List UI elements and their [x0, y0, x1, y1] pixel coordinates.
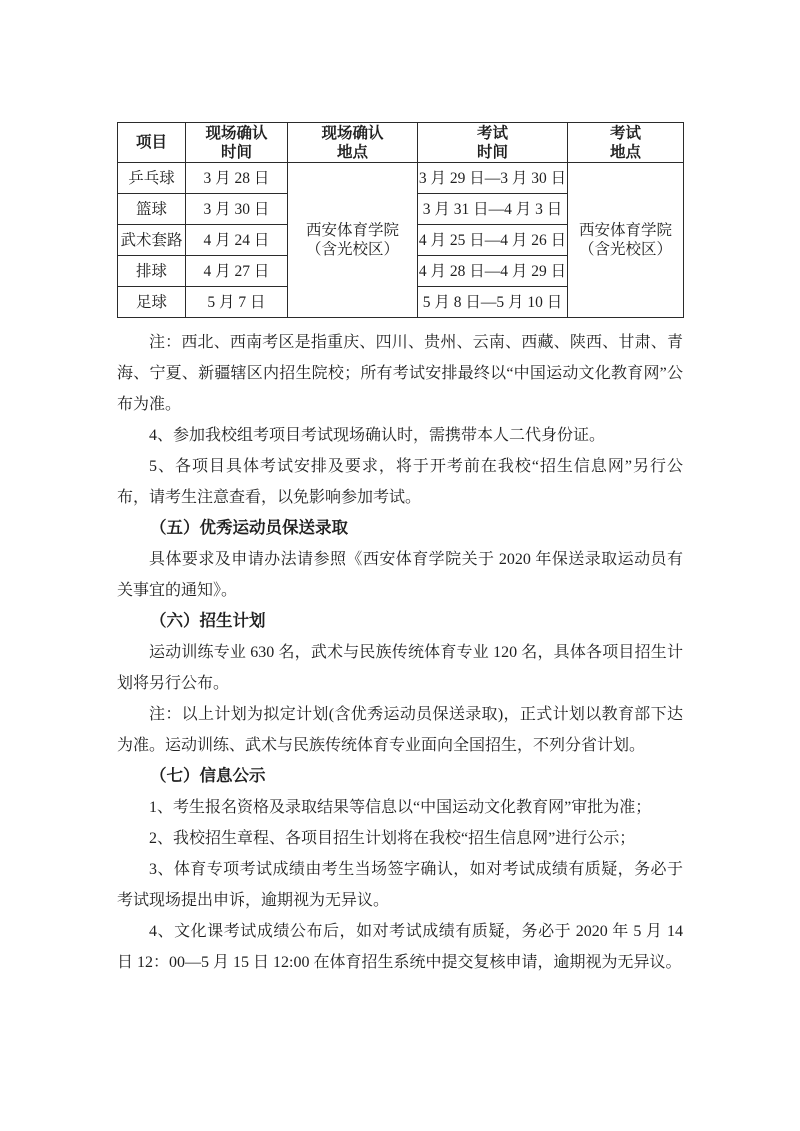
heading-section-5-recommended: （五）优秀运动员保送录取	[117, 513, 683, 544]
paragraph-item-5-arrangements: 5、各项目具体考试安排及要求，将于开考前在我校“招生信息网”另行公布，请考生注意…	[117, 451, 683, 513]
table-row: 乒乓球 3 月 28 日 西安体育学院 （含光校区） 3 月 29 日—3 月 …	[118, 163, 684, 194]
col-header-exam-time: 考试 时间	[418, 123, 568, 163]
exam-schedule-table: 项目 现场确认 时间 现场确认 地点 考试 时间 考试	[117, 122, 684, 318]
cell-exam-location: 西安体育学院 （含光校区）	[568, 163, 684, 318]
cell-exam-time: 3 月 31 日—4 月 3 日	[418, 194, 568, 225]
cell-confirm-time: 3 月 28 日	[186, 163, 288, 194]
paragraph-recommend-notice: 具体要求及申请办法请参照《西安体育学院关于 2020 年保送录取运动员有关事宜的…	[117, 544, 683, 606]
col-header-item: 项目	[118, 123, 186, 163]
col-header-confirm-location: 现场确认 地点	[288, 123, 418, 163]
cell-item: 排球	[118, 256, 186, 287]
heading-section-7-publicity: （七）信息公示	[117, 761, 683, 792]
cell-item: 足球	[118, 287, 186, 318]
cell-exam-time: 5 月 8 日—5 月 10 日	[418, 287, 568, 318]
col-header-exam-location: 考试 地点	[568, 123, 684, 163]
cell-confirm-time: 3 月 30 日	[186, 194, 288, 225]
cell-item: 武术套路	[118, 225, 186, 256]
paragraph-enrollment-plan: 运动训练专业 630 名，武术与民族传统体育专业 120 名，具体各项目招生计划…	[117, 637, 683, 699]
paragraph-note-exam-regions: 注：西北、西南考区是指重庆、四川、贵州、云南、西藏、陕西、甘肃、青海、宁夏、新疆…	[117, 327, 683, 420]
heading-section-6-plan: （六）招生计划	[117, 606, 683, 637]
paragraph-item-4-id-card: 4、参加我校组考项目考试现场确认时，需携带本人二代身份证。	[117, 420, 683, 451]
cell-exam-time: 4 月 28 日—4 月 29 日	[418, 256, 568, 287]
paragraph-info-3: 3、体育专项考试成绩由考生当场签字确认，如对考试成绩有质疑，务必于考试现场提出申…	[117, 854, 683, 916]
document-text-body: 注：西北、西南考区是指重庆、四川、贵州、云南、西藏、陕西、甘肃、青海、宁夏、新疆…	[117, 327, 683, 978]
paragraph-info-2: 2、我校招生章程、各项目招生计划将在我校“招生信息网”进行公示；	[117, 823, 683, 854]
cell-confirm-time: 4 月 27 日	[186, 256, 288, 287]
cell-exam-time: 4 月 25 日—4 月 26 日	[418, 225, 568, 256]
document-page: 项目 现场确认 时间 现场确认 地点 考试 时间 考试	[0, 0, 800, 1131]
paragraph-info-4: 4、文化课考试成绩公布后，如对考试成绩有质疑，务必于 2020 年 5 月 14…	[117, 916, 683, 978]
paragraph-info-1: 1、考生报名资格及录取结果等信息以“中国运动文化教育网”审批为准；	[117, 792, 683, 823]
cell-item: 篮球	[118, 194, 186, 225]
paragraph-plan-note: 注：以上计划为拟定计划(含优秀运动员保送录取)，正式计划以教育部下达为准。运动训…	[117, 699, 683, 761]
document-content: 项目 现场确认 时间 现场确认 地点 考试 时间 考试	[117, 122, 683, 978]
table-header-row: 项目 现场确认 时间 现场确认 地点 考试 时间 考试	[118, 123, 684, 163]
cell-confirm-time: 5 月 7 日	[186, 287, 288, 318]
cell-confirm-location: 西安体育学院 （含光校区）	[288, 163, 418, 318]
cell-confirm-time: 4 月 24 日	[186, 225, 288, 256]
cell-item: 乒乓球	[118, 163, 186, 194]
col-header-item-label: 项目	[118, 133, 185, 152]
col-header-confirm-time: 现场确认 时间	[186, 123, 288, 163]
cell-exam-time: 3 月 29 日—3 月 30 日	[418, 163, 568, 194]
